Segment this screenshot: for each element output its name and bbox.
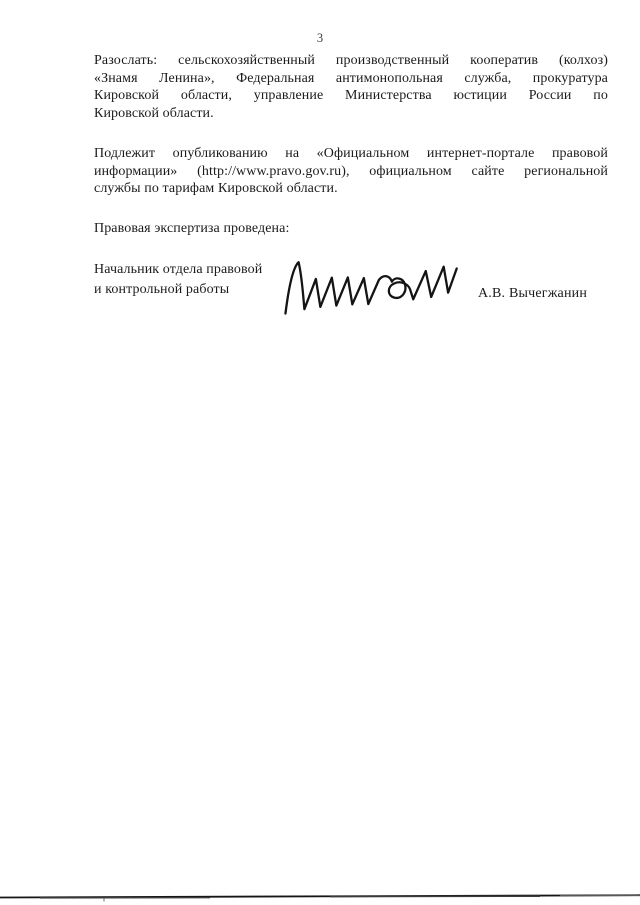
text-line: Кировской области. xyxy=(94,105,608,123)
document-page: 3 Разослать: сельскохозяйственный произв… xyxy=(0,0,640,905)
signer-position-title: Начальник отдела правовой и контрольной … xyxy=(94,260,262,299)
scan-artifact-line xyxy=(0,889,640,903)
text-line: и контрольной работы xyxy=(94,280,262,300)
text-line: Кировской области, управление Министерст… xyxy=(94,87,608,105)
paragraph-distribution: Разослать: сельскохозяйственный производ… xyxy=(94,52,608,122)
paragraph-publication: Подлежит опубликованию на «Официальном и… xyxy=(94,145,608,198)
signer-name: А.В. Вычегжанин xyxy=(478,286,587,302)
text-line: Разослать: сельскохозяйственный производ… xyxy=(94,52,608,70)
text-line: информации» (http://www.pravo.gov.ru), о… xyxy=(94,163,608,181)
expertise-note: Правовая экспертиза проведена: xyxy=(94,220,608,238)
text-line: службы по тарифам Кировской области. xyxy=(94,180,608,198)
text-line: Начальник отдела правовой xyxy=(94,260,262,280)
text-line: «Знамя Ленина», Федеральная антимонополь… xyxy=(94,70,608,88)
text-line: Правовая экспертиза проведена: xyxy=(94,220,608,238)
page-number: 3 xyxy=(0,31,640,46)
text-line: Подлежит опубликованию на «Официальном и… xyxy=(94,145,608,163)
handwritten-signature xyxy=(275,252,466,319)
